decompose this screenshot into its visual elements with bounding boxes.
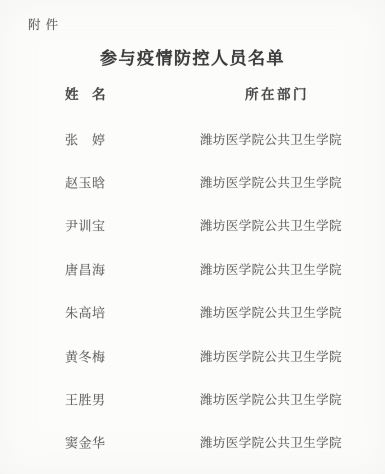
table-row: 王胜男 潍坊医学院公共卫生学院 [0, 377, 385, 420]
person-name: 唐昌海 [65, 259, 106, 278]
person-department: 潍坊医学院公共卫生学院 [200, 347, 342, 365]
person-name: 张 婷 [65, 129, 106, 148]
page-title: 参与疫情防控人员名单 [0, 44, 385, 69]
table-row: 唐昌海 潍坊医学院公共卫生学院 [0, 247, 385, 290]
header-department: 所在部门 [245, 83, 309, 103]
header-name: 姓 名 [65, 83, 106, 103]
table-row: 尹训宝 潍坊医学院公共卫生学院 [0, 204, 385, 247]
person-department: 潍坊医学院公共卫生学院 [200, 216, 342, 234]
person-name: 赵玉晗 [65, 173, 106, 192]
attachment-label: 附 件 [28, 15, 59, 33]
person-name: 黄冬梅 [65, 346, 106, 365]
person-department: 潍坊医学院公共卫生学院 [200, 433, 342, 451]
table-body: 张 婷 潍坊医学院公共卫生学院 赵玉晗 潍坊医学院公共卫生学院 尹训宝 潍坊医学… [0, 117, 385, 464]
person-department: 潍坊医学院公共卫生学院 [200, 130, 342, 148]
person-name: 尹训宝 [65, 216, 106, 235]
person-name: 朱高培 [65, 303, 106, 322]
person-name: 王胜男 [65, 390, 106, 409]
document-page: 附 件 参与疫情防控人员名单 姓 名 所在部门 张 婷 潍坊医学院公共卫生学院 … [0, 0, 385, 474]
person-name: 窦金华 [65, 433, 106, 452]
table-header: 姓 名 所在部门 [0, 83, 385, 103]
person-department: 潍坊医学院公共卫生学院 [200, 390, 342, 408]
table-row: 窦金华 潍坊医学院公共卫生学院 [0, 421, 385, 464]
person-department: 潍坊医学院公共卫生学院 [200, 260, 342, 278]
table-row: 张 婷 潍坊医学院公共卫生学院 [0, 117, 385, 160]
table-row: 朱高培 潍坊医学院公共卫生学院 [0, 291, 385, 334]
person-department: 潍坊医学院公共卫生学院 [200, 173, 342, 191]
person-department: 潍坊医学院公共卫生学院 [200, 303, 342, 321]
table-row: 赵玉晗 潍坊医学院公共卫生学院 [0, 160, 385, 203]
table-row: 黄冬梅 潍坊医学院公共卫生学院 [0, 334, 385, 377]
